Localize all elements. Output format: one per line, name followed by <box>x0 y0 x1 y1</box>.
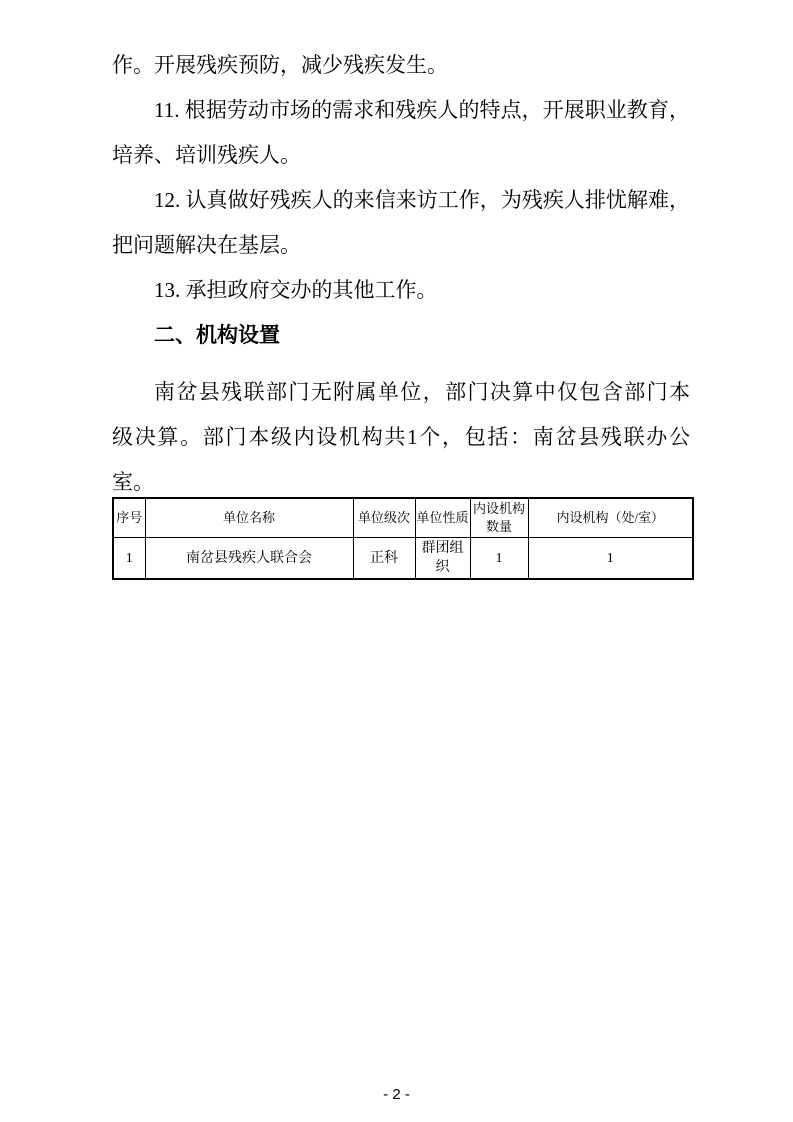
paragraph-line: 培养、培训残疾人。 <box>112 133 690 178</box>
page-number: - 2 - <box>0 1086 793 1103</box>
section-heading: 二、机构设置 <box>112 313 690 358</box>
document-body: 作。开展残疾预防，减少残疾发生。 11. 根据劳动市场的需求和残疾人的特点，开展… <box>112 43 690 580</box>
paragraph-line: 13. 承担政府交办的其他工作。 <box>112 268 690 313</box>
table-cell-unit-name: 南岔县残疾人联合会 <box>145 538 353 580</box>
column-header-unit-type: 单位性质 <box>415 498 470 538</box>
paragraph-line: 南岔县残联部门无附属单位，部门决算中仅包含部门本 <box>112 370 690 415</box>
paragraph-line: 把问题解决在基层。 <box>112 223 690 268</box>
document-page: 作。开展残疾预防，减少残疾发生。 11. 根据劳动市场的需求和残疾人的特点，开展… <box>0 0 793 1122</box>
column-header-internal-orgs: 内设机构（处/室） <box>528 498 693 538</box>
table-cell-unit-type: 群团组织 <box>415 538 470 580</box>
table-row: 1 南岔县残疾人联合会 正科 群团组织 1 1 <box>113 538 693 580</box>
column-header-unit-level: 单位级次 <box>353 498 415 538</box>
table-cell-unit-level: 正科 <box>353 538 415 580</box>
paragraph-line: 12. 认真做好残疾人的来信来访工作，为残疾人排忧解难， <box>112 178 690 223</box>
table-header-row: 序号 单位名称 单位级次 单位性质 内设机构数量 内设机构（处/室） <box>113 498 693 538</box>
org-structure-table-wrap: 序号 单位名称 单位级次 单位性质 内设机构数量 内设机构（处/室） 1 南岔县… <box>112 497 690 580</box>
column-header-internal-org-count: 内设机构数量 <box>470 498 528 538</box>
paragraph-line: 级决算。部门本级内设机构共1个，包括：南岔县残联办公 <box>112 415 690 460</box>
table-cell-internal-org-count: 1 <box>470 538 528 580</box>
column-header-unit-name: 单位名称 <box>145 498 353 538</box>
paragraph-line: 11. 根据劳动市场的需求和残疾人的特点，开展职业教育， <box>112 88 690 133</box>
paragraph-line: 作。开展残疾预防，减少残疾发生。 <box>112 43 690 88</box>
table-cell-index: 1 <box>113 538 145 580</box>
table-cell-internal-orgs: 1 <box>528 538 693 580</box>
org-structure-table: 序号 单位名称 单位级次 单位性质 内设机构数量 内设机构（处/室） 1 南岔县… <box>112 497 694 580</box>
